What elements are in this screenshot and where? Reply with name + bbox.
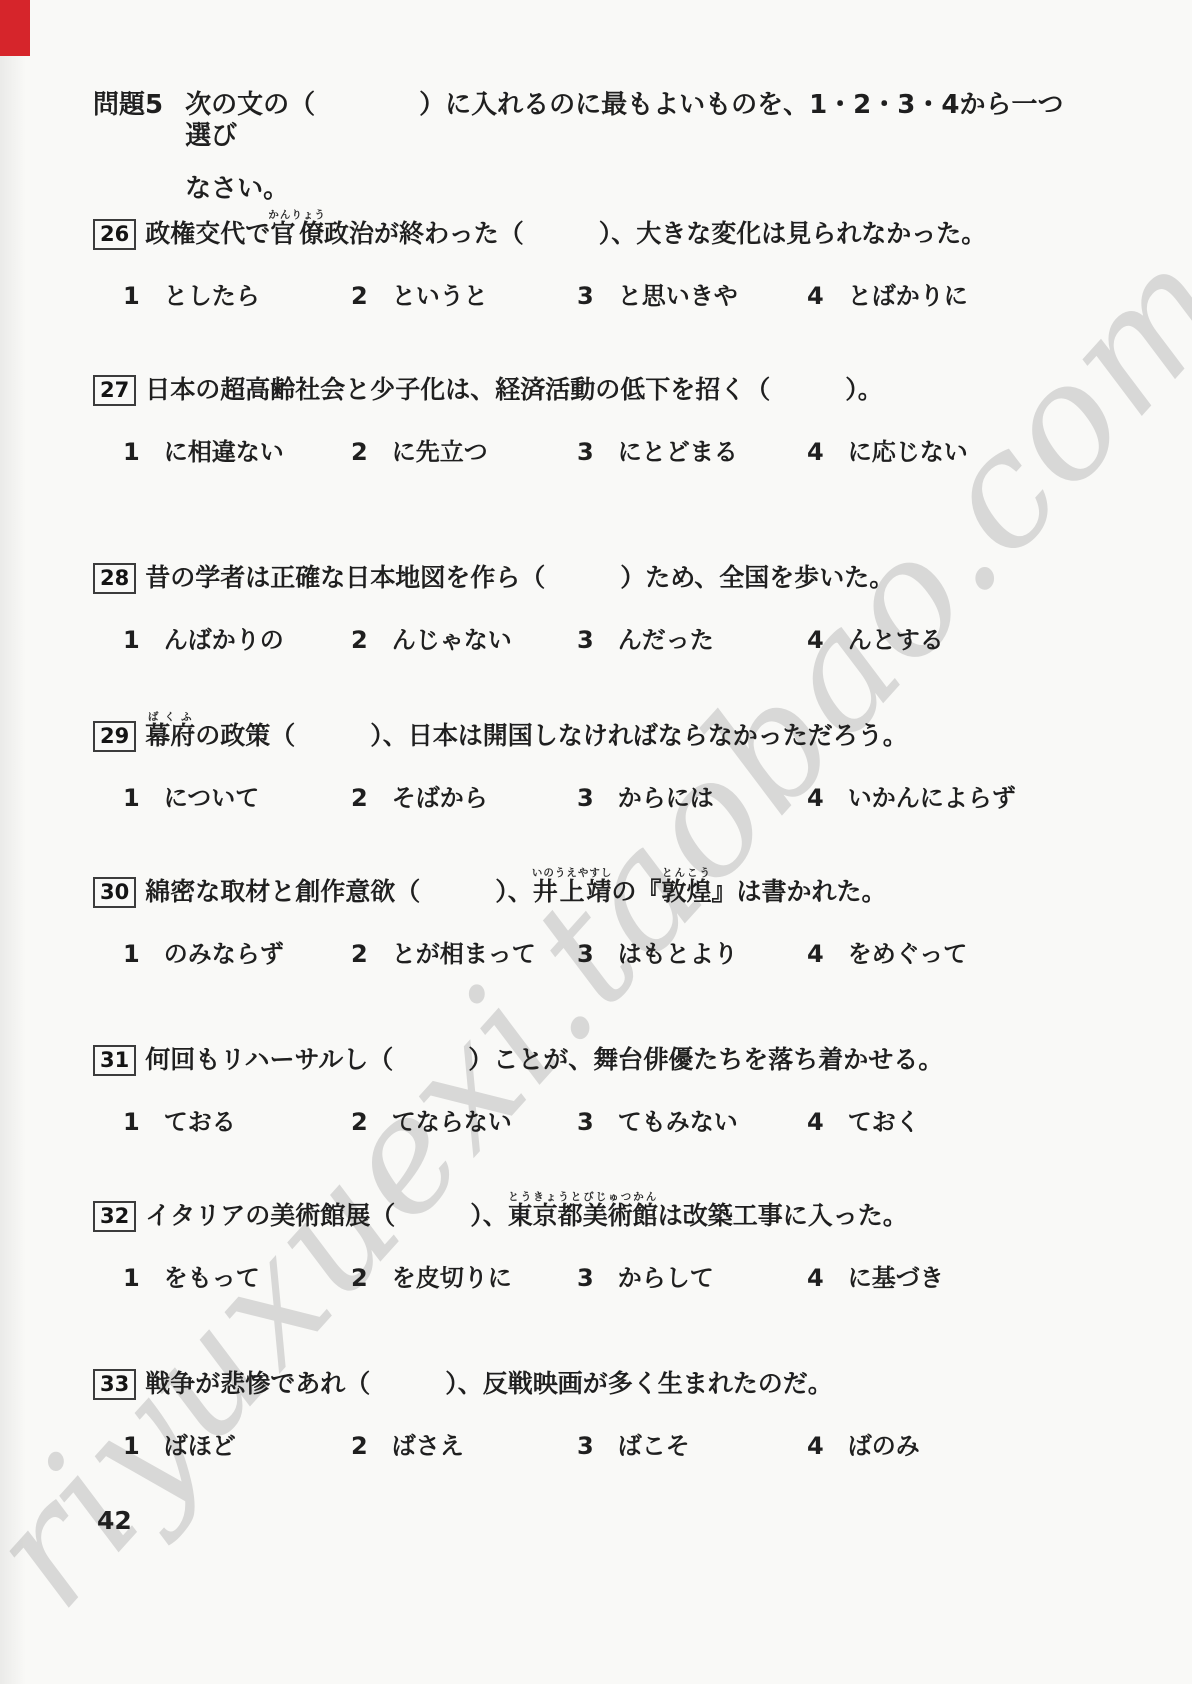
option-text: を皮切りに bbox=[392, 1264, 512, 1292]
section-instruction: 次の文の（ ）に入れるのに最もよいものを、1・2・3・4から一つ選び なさい。 bbox=[185, 90, 1065, 206]
options-row: 1に相違ない2に先立つ3にとどまる4に応じない bbox=[93, 432, 1133, 466]
question-stem: 昔の学者は正確な日本地図を作ら（ ）ため、全国を歩いた。 bbox=[145, 560, 894, 596]
option-33-4: 4ばのみ bbox=[807, 1426, 920, 1461]
options-row: 1としたら2というと3と思いきや4とばかりに bbox=[93, 276, 1133, 310]
option-number: 3 bbox=[577, 940, 594, 968]
question-number-box: 32 bbox=[93, 1201, 136, 1232]
question-stem: 綿密な取材と創作意欲（ ）、井上靖いのうえやすしの『敦煌とんこう』は書かれた。 bbox=[145, 867, 886, 910]
option-30-3: 3はもとより bbox=[577, 934, 738, 969]
option-text: に先立つ bbox=[392, 438, 488, 466]
option-31-3: 3てもみない bbox=[577, 1102, 738, 1137]
question-stem-row: 26 政権交代で官僚かんりょう政治が終わった（ ）、大きな変化は見られなかった。 bbox=[93, 210, 1133, 252]
question-stem: 政権交代で官僚かんりょう政治が終わった（ ）、大きな変化は見られなかった。 bbox=[145, 209, 986, 252]
question-stem: 戦争が悲惨であれ（ ）、反戦映画が多く生まれたのだ。 bbox=[145, 1366, 833, 1402]
option-number: 1 bbox=[123, 626, 140, 654]
option-26-1: 1としたら bbox=[123, 276, 260, 311]
option-text: とばかりに bbox=[848, 282, 968, 310]
question-33: 33 戦争が悲惨であれ（ ）、反戦映画が多く生まれたのだ。 1ばほど2ばさえ3ば… bbox=[93, 1360, 1133, 1470]
option-number: 1 bbox=[123, 282, 140, 310]
option-text: ておる bbox=[164, 1108, 236, 1136]
option-text: はもとより bbox=[618, 940, 738, 968]
option-32-1: 1をもって bbox=[123, 1258, 260, 1293]
option-text: んばかりの bbox=[164, 626, 284, 654]
option-26-4: 4とばかりに bbox=[807, 276, 968, 311]
option-32-4: 4に基づき bbox=[807, 1258, 944, 1293]
option-text: ばこそ bbox=[618, 1432, 690, 1460]
question-stem: 幕府ばくふの政策（ ）、日本は開国しなければならなかっただろう。 bbox=[145, 711, 908, 754]
option-29-2: 2そばから bbox=[351, 778, 488, 813]
options-row: 1をもって2を皮切りに3からして4に基づき bbox=[93, 1258, 1133, 1292]
option-number: 4 bbox=[807, 282, 824, 310]
instruction-line-1: 次の文の（ ）に入れるのに最もよいものを、1・2・3・4から一つ選び bbox=[185, 90, 1065, 152]
section-label: 問題5 bbox=[93, 90, 163, 206]
option-number: 1 bbox=[123, 1432, 140, 1460]
option-26-3: 3と思いきや bbox=[577, 276, 738, 311]
option-text: てもみない bbox=[618, 1108, 738, 1136]
option-number: 2 bbox=[351, 940, 368, 968]
option-30-4: 4をめぐって bbox=[807, 934, 967, 969]
option-30-2: 2とが相まって bbox=[351, 934, 536, 969]
option-text: に基づき bbox=[848, 1264, 944, 1292]
option-32-3: 3からして bbox=[577, 1258, 714, 1293]
instruction-line-2: なさい。 bbox=[185, 174, 1065, 205]
option-number: 1 bbox=[123, 438, 140, 466]
option-number: 2 bbox=[351, 282, 368, 310]
option-text: んとする bbox=[848, 626, 944, 654]
option-33-1: 1ばほど bbox=[123, 1426, 236, 1461]
option-number: 3 bbox=[577, 438, 594, 466]
question-number-box: 26 bbox=[93, 219, 136, 250]
option-number: 2 bbox=[351, 626, 368, 654]
option-number: 4 bbox=[807, 940, 824, 968]
option-text: からして bbox=[618, 1264, 714, 1292]
option-text: ばほど bbox=[164, 1432, 236, 1460]
option-number: 4 bbox=[807, 1108, 824, 1136]
option-number: 1 bbox=[123, 1264, 140, 1292]
option-27-1: 1に相違ない bbox=[123, 432, 284, 467]
option-number: 1 bbox=[123, 1108, 140, 1136]
option-31-4: 4ておく bbox=[807, 1102, 920, 1137]
option-text: というと bbox=[392, 282, 488, 310]
option-number: 2 bbox=[351, 438, 368, 466]
option-text: のみならず bbox=[164, 940, 284, 968]
option-text: とが相まって bbox=[392, 940, 536, 968]
option-text: に相違ない bbox=[164, 438, 284, 466]
option-text: ばさえ bbox=[392, 1432, 464, 1460]
option-number: 4 bbox=[807, 784, 824, 812]
option-number: 3 bbox=[577, 282, 594, 310]
option-number: 4 bbox=[807, 626, 824, 654]
option-27-4: 4に応じない bbox=[807, 432, 968, 467]
option-32-2: 2を皮切りに bbox=[351, 1258, 512, 1293]
option-text: と思いきや bbox=[618, 282, 738, 310]
option-27-3: 3にとどまる bbox=[577, 432, 738, 467]
option-28-2: 2んじゃない bbox=[351, 620, 512, 655]
options-row: 1ばほど2ばさえ3ばこそ4ばのみ bbox=[93, 1426, 1133, 1460]
option-28-3: 3んだった bbox=[577, 620, 714, 655]
option-number: 3 bbox=[577, 1108, 594, 1136]
question-31: 31 何回もリハーサルし（ ）ことが、舞台俳優たちを落ち着かせる。 1ておる2て… bbox=[93, 1036, 1133, 1146]
option-number: 2 bbox=[351, 784, 368, 812]
option-text: てならない bbox=[392, 1108, 512, 1136]
question-number-box: 33 bbox=[93, 1369, 136, 1400]
option-text: にとどまる bbox=[618, 438, 738, 466]
option-31-1: 1ておる bbox=[123, 1102, 236, 1137]
options-row: 1について2そばから3からには4いかんによらず bbox=[93, 778, 1133, 812]
question-26: 26 政権交代で官僚かんりょう政治が終わった（ ）、大きな変化は見られなかった。… bbox=[93, 210, 1133, 320]
option-number: 1 bbox=[123, 940, 140, 968]
question-number-box: 28 bbox=[93, 563, 136, 594]
option-28-4: 4んとする bbox=[807, 620, 944, 655]
question-stem: 日本の超高齢社会と少子化は、経済活動の低下を招く（ ）。 bbox=[145, 372, 883, 408]
question-29: 29 幕府ばくふの政策（ ）、日本は開国しなければならなかっただろう。 1につい… bbox=[93, 712, 1133, 822]
option-text: からには bbox=[618, 784, 714, 812]
page-number: 42 bbox=[97, 1506, 132, 1535]
option-text: ておく bbox=[848, 1108, 920, 1136]
option-31-2: 2てならない bbox=[351, 1102, 512, 1137]
option-29-1: 1について bbox=[123, 778, 259, 813]
question-27: 27 日本の超高齢社会と少子化は、経済活動の低下を招く（ ）。 1に相違ない2に… bbox=[93, 366, 1133, 476]
option-29-4: 4いかんによらず bbox=[807, 778, 1016, 813]
option-text: に応じない bbox=[848, 438, 968, 466]
option-number: 2 bbox=[351, 1264, 368, 1292]
option-33-3: 3ばこそ bbox=[577, 1426, 690, 1461]
option-number: 2 bbox=[351, 1432, 368, 1460]
option-27-2: 2に先立つ bbox=[351, 432, 488, 467]
question-30: 30 綿密な取材と創作意欲（ ）、井上靖いのうえやすしの『敦煌とんこう』は書かれ… bbox=[93, 868, 1133, 978]
option-28-1: 1んばかりの bbox=[123, 620, 284, 655]
option-number: 3 bbox=[577, 626, 594, 654]
document-page: riyuxuexi.taobao.com 問題5 次の文の（ ）に入れるのに最も… bbox=[0, 0, 1192, 1684]
option-26-2: 2というと bbox=[351, 276, 488, 311]
option-text: んだった bbox=[618, 626, 714, 654]
option-text: ばのみ bbox=[848, 1432, 920, 1460]
option-number: 3 bbox=[577, 1432, 594, 1460]
question-stem: イタリアの美術館展（ ）、東京都美術館とうきょうとびじゅつかんは改築工事に入った… bbox=[145, 1191, 908, 1234]
option-number: 3 bbox=[577, 784, 594, 812]
option-number: 4 bbox=[807, 1264, 824, 1292]
options-row: 1のみならず2とが相まって3はもとより4をめぐって bbox=[93, 934, 1133, 968]
question-stem: 何回もリハーサルし（ ）ことが、舞台俳優たちを落ち着かせる。 bbox=[145, 1042, 943, 1078]
question-stem-row: 33 戦争が悲惨であれ（ ）、反戦映画が多く生まれたのだ。 bbox=[93, 1360, 1133, 1402]
option-text: としたら bbox=[164, 282, 260, 310]
scan-red-mark bbox=[0, 0, 30, 56]
question-stem-row: 30 綿密な取材と創作意欲（ ）、井上靖いのうえやすしの『敦煌とんこう』は書かれ… bbox=[93, 868, 1133, 910]
option-number: 4 bbox=[807, 1432, 824, 1460]
question-stem-row: 27 日本の超高齢社会と少子化は、経済活動の低下を招く（ ）。 bbox=[93, 366, 1133, 408]
option-text: をめぐって bbox=[848, 940, 968, 968]
question-number-box: 31 bbox=[93, 1045, 136, 1076]
option-number: 2 bbox=[351, 1108, 368, 1136]
question-number-box: 27 bbox=[93, 375, 136, 406]
options-row: 1んばかりの2んじゃない3んだった4んとする bbox=[93, 620, 1133, 654]
question-stem-row: 29 幕府ばくふの政策（ ）、日本は開国しなければならなかっただろう。 bbox=[93, 712, 1133, 754]
option-number: 3 bbox=[577, 1264, 594, 1292]
question-number-box: 29 bbox=[93, 721, 136, 752]
question-stem-row: 31 何回もリハーサルし（ ）ことが、舞台俳優たちを落ち着かせる。 bbox=[93, 1036, 1133, 1078]
option-29-3: 3からには bbox=[577, 778, 714, 813]
option-text: について bbox=[164, 784, 260, 812]
option-text: そばから bbox=[392, 784, 488, 812]
options-row: 1ておる2てならない3てもみない4ておく bbox=[93, 1102, 1133, 1136]
section-header: 問題5 次の文の（ ）に入れるのに最もよいものを、1・2・3・4から一つ選び な… bbox=[93, 90, 1065, 206]
option-number: 1 bbox=[123, 784, 140, 812]
question-28: 28 昔の学者は正確な日本地図を作ら（ ）ため、全国を歩いた。 1んばかりの2ん… bbox=[93, 554, 1133, 664]
option-text: んじゃない bbox=[392, 626, 512, 654]
question-stem-row: 32 イタリアの美術館展（ ）、東京都美術館とうきょうとびじゅつかんは改築工事に… bbox=[93, 1192, 1133, 1234]
option-text: いかんによらず bbox=[848, 784, 1016, 812]
question-number-box: 30 bbox=[93, 877, 136, 908]
option-number: 4 bbox=[807, 438, 824, 466]
question-32: 32 イタリアの美術館展（ ）、東京都美術館とうきょうとびじゅつかんは改築工事に… bbox=[93, 1192, 1133, 1302]
option-33-2: 2ばさえ bbox=[351, 1426, 464, 1461]
question-stem-row: 28 昔の学者は正確な日本地図を作ら（ ）ため、全国を歩いた。 bbox=[93, 554, 1133, 596]
option-text: をもって bbox=[164, 1264, 260, 1292]
option-30-1: 1のみならず bbox=[123, 934, 284, 969]
